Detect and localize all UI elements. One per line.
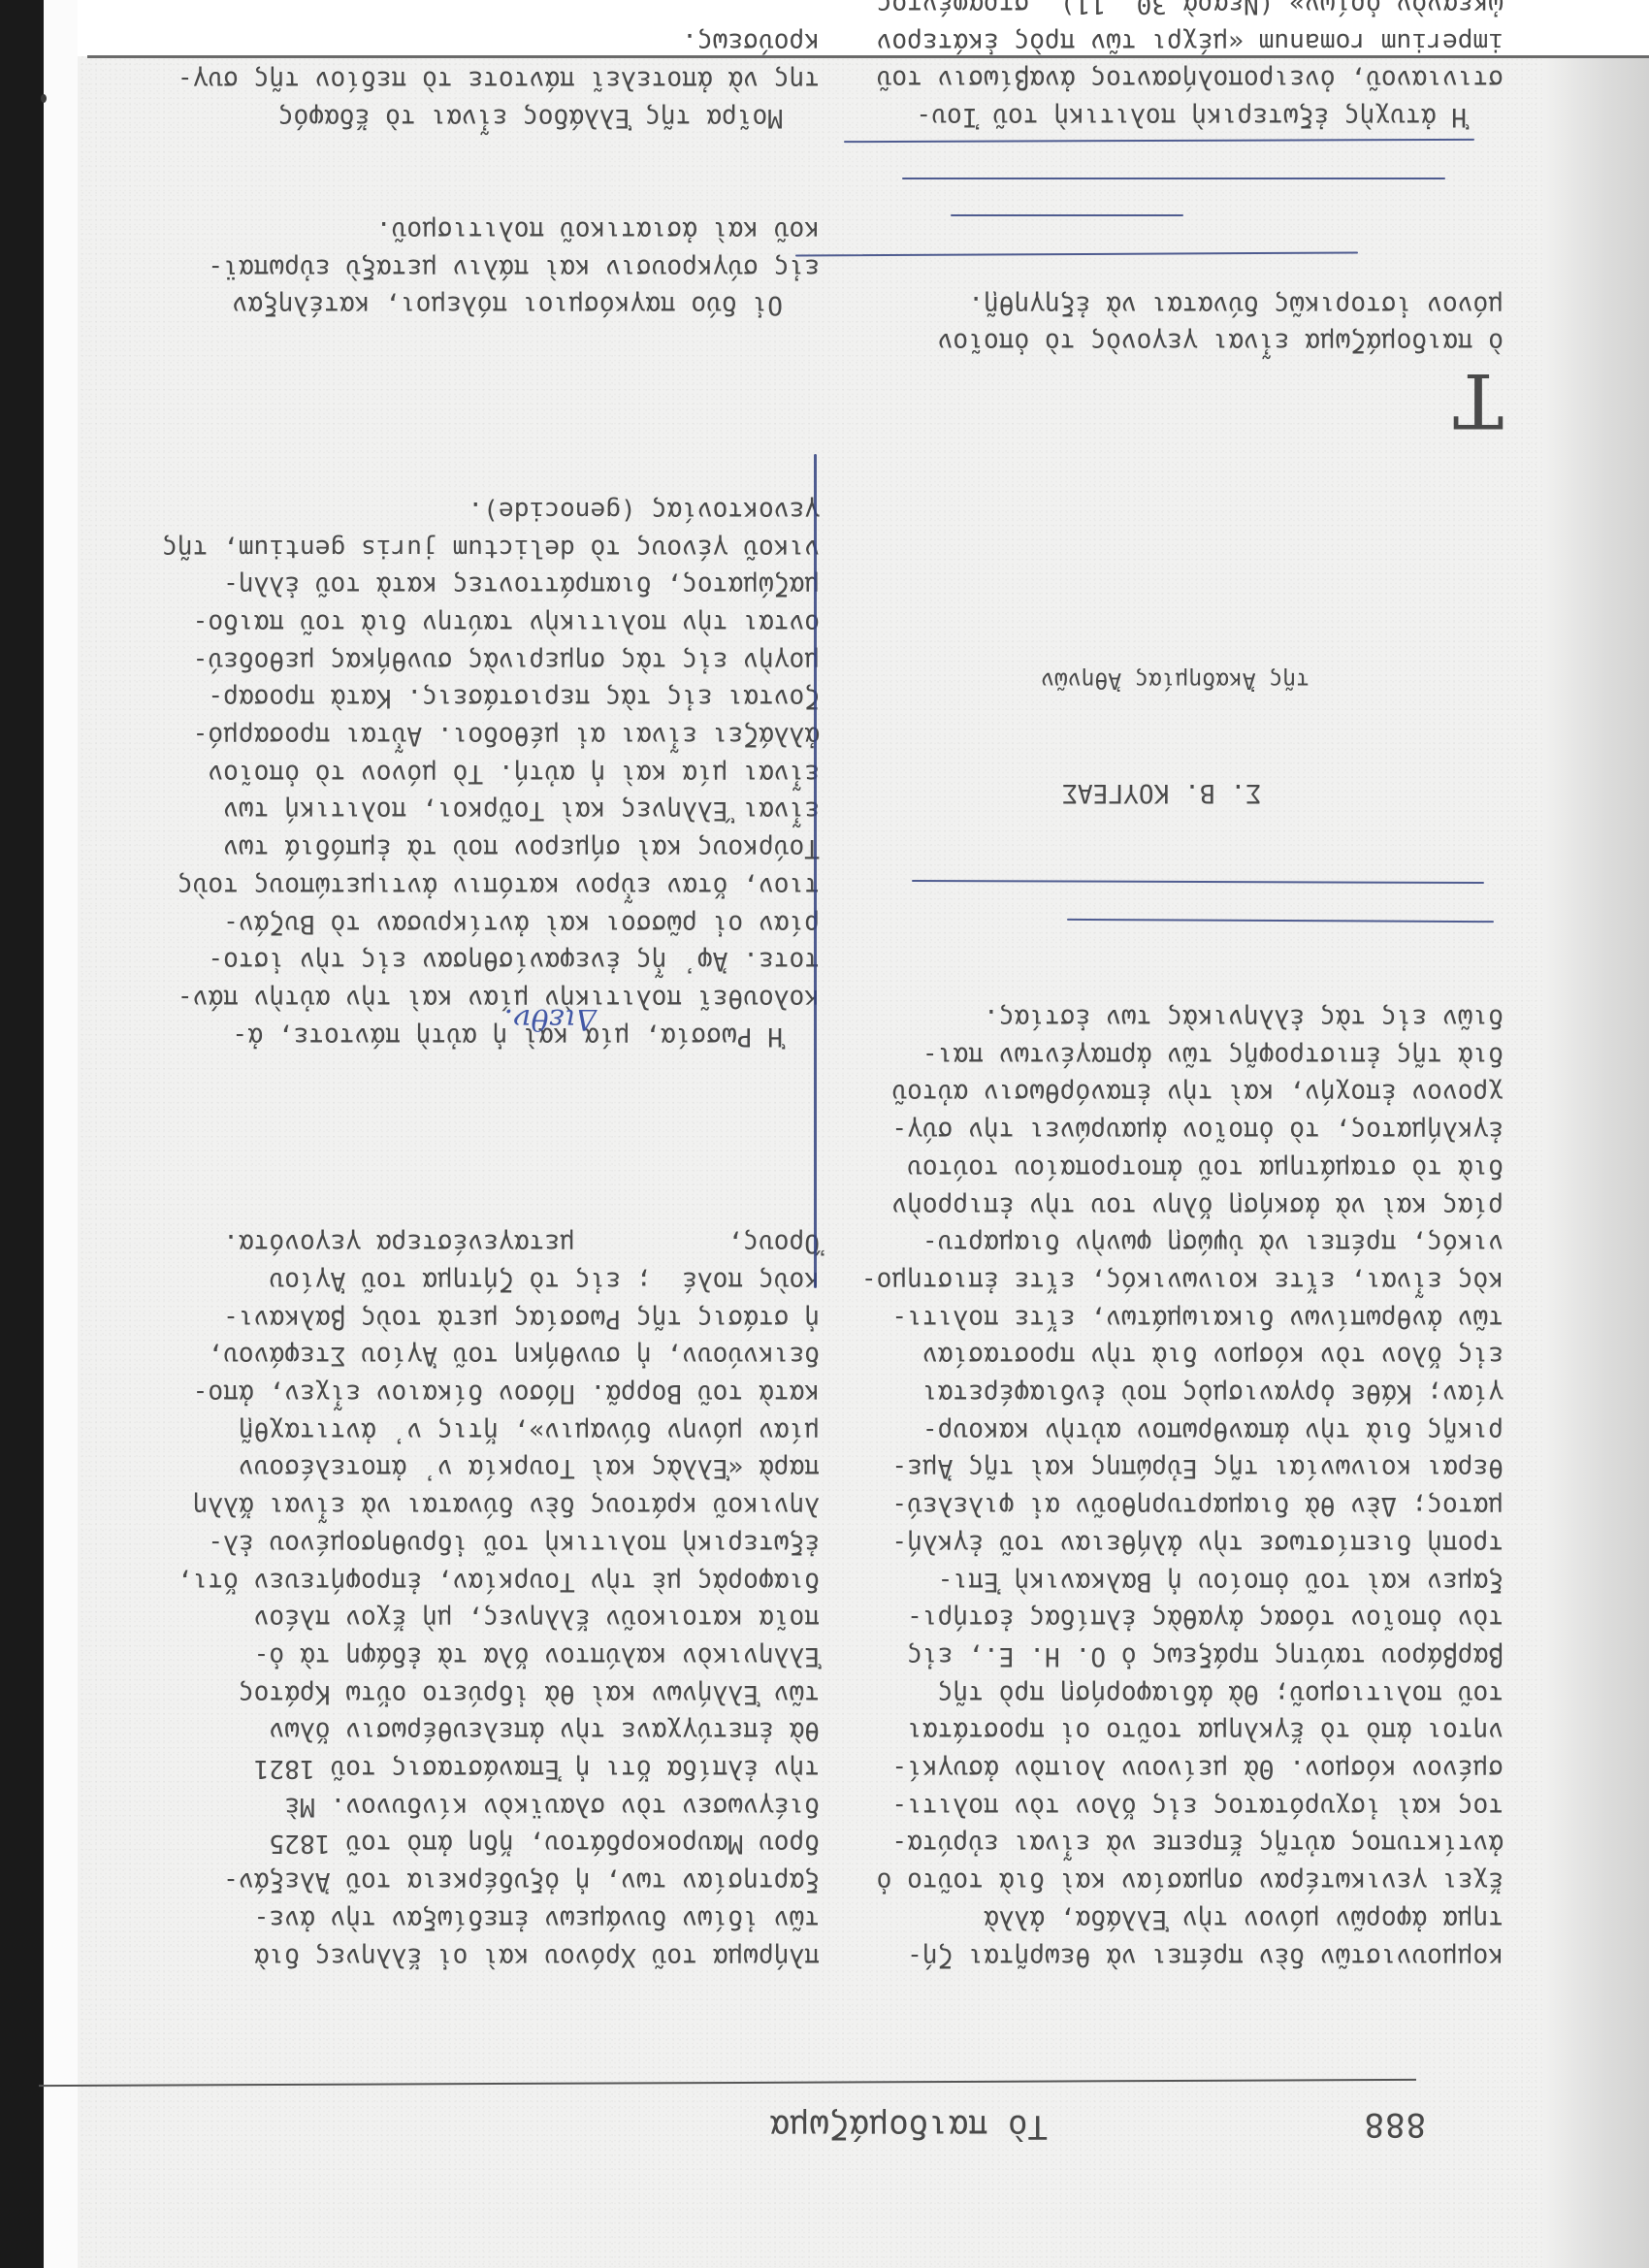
text-line: ὠκεανὸν ὁρίων» (Νεαρὰ 30, 11), στραφέντο… — [824, 0, 1503, 22]
text-line: ἐγκλήματος, τὸ ὁποῖον ἀμαυρώνει τὴν σύγ- — [824, 1111, 1503, 1149]
text-line: ρίας καὶ νὰ ἀσκήσῃ ὅλην του τὴν ἐπιρροὴν — [824, 1186, 1503, 1224]
column-right: πλήρωμα τοῦ Χρόνου καὶ οἱ ἕλληνες διὰτῶν… — [141, 0, 820, 2050]
text-line: τημα ἀφορῶν μόνον τὴν Ἑλλάδα, ἀλλὰ — [824, 1899, 1503, 1937]
text-line: ἔχει γενικωτέραν σημασίαν καὶ διὰ τοῦτο … — [824, 1862, 1503, 1899]
text-line: Ἡ Ρωσσία, μία καὶ ἡ αὐτὴ πάντοτε, ἀ- — [141, 1017, 820, 1054]
scanner-bed-edge — [0, 0, 44, 2268]
text-line: διῶν εἰς τὰς ἑλληνικὰς των ἑστίας. — [824, 998, 1503, 1036]
text-line: της νὰ ἀποτελεῖ πάντοτε τὸ πεδίον τῆς συ… — [141, 60, 820, 98]
handwritten-note: Διεθν. — [504, 1002, 597, 1036]
text-line: ξαμεν καὶ τοῦ ὁποίου ἡ Βαλκανικὴ Ἐπι- — [824, 1562, 1503, 1600]
text-line: ζονται εἰς τὰς περιστάσεις. Κατὰ προσαρ- — [141, 679, 820, 717]
text-line: ποῖα κατοικοῦν ἕλληνες, μὴ ἔχον πλέον — [141, 1600, 820, 1637]
text-line: εἰς σύγκρουσιν καὶ πάλιν μεταξὺ εὐρωπαϊ- — [141, 248, 820, 286]
text-line: γίαν; Κάθε ὀργανισμὸς ποὺ ἐνδιαφέρεται — [824, 1374, 1503, 1411]
text-line: τοῦ πολιτισμοῦ; Θὰ ἀδιαφορήσῃ πρὸ τῆς — [824, 1674, 1503, 1712]
text-line: δεικνύουν, ἡ συνθήκη τοῦ Ἁγίου Στεφάνου, — [141, 1337, 820, 1375]
text-line: ματος; Δὲν θὰ διαμαρτυρηθοῦν αἱ φιλελεύ- — [824, 1486, 1503, 1524]
text-line: τροπὴ διεπίστωσε τὴν ἀλήθειαν τοῦ ἐγκλή- — [824, 1524, 1503, 1562]
pen-underline — [902, 178, 1445, 179]
text-line: κατὰ τοῦ Βορρᾶ. Πόσον δίκαιον εἶχεν, ἀπο… — [141, 1374, 820, 1411]
text-line: σμένον κόσμον. Θὰ μείνουν λοιπὸν ἀσυγκί- — [824, 1749, 1503, 1787]
paragraph-justinian: Ἡ ἀτυχὴς ἐξωτερικὴ πολιτικὴ τοῦ Ἰου-στιν… — [824, 0, 1503, 135]
text-line: τῶν ἀνθρωπίνων δικαιωμάτων, εἴτε πολιτι- — [824, 1299, 1503, 1337]
text-line: μόνον ἱστορικῶς δύναται νὰ ἐξηγηθῇ. — [824, 285, 1503, 323]
column-left: κομμουνιστῶν δὲν πρέπει νὰ θεωρῆται ζή-τ… — [824, 0, 1503, 2050]
drop-cap: Τ — [1453, 366, 1503, 434]
text-line: νικός, πρέπει νὰ ὑψώσῃ φωνὴν διαμαρτυ- — [824, 1224, 1503, 1262]
text-line: τιον, ὅταν εὗρον κατόπιν ἀντιμετώπους το… — [141, 866, 820, 904]
text-line: γενοκτονίας (genocide). — [141, 491, 820, 529]
running-title: Τὸ παιδομάζωμα — [769, 2107, 1048, 2146]
text-line: νητοι ἀπὸ τὸ ἔγκλημα τοῦτο οἱ προστάται — [824, 1712, 1503, 1750]
text-line: εἶναι μία καὶ ἡ αὐτή. Τὸ μόνον τὸ ὁποῖον — [141, 754, 820, 792]
text-line: ὸ παιδομάζωμα εἶναι γεγονὸς τὸ ὁποῖον — [824, 323, 1503, 361]
text-line: τοτε. Ἀφ᾽ ἧς ἐνεφανίσθησαν εἰς τὴν ἱστο- — [141, 942, 820, 980]
author-name: Σ. Β. ΚΟΥΓΕΑΣ — [824, 773, 1503, 811]
text-line: ξαρτησίαν των, ἡ ὀξυδέρκεια τοῦ Ἀλεξάν- — [141, 1862, 820, 1899]
text-line: θὰ ἐπετύγχανε τὴν ἀπελευθέρωσιν ὅλων — [141, 1712, 820, 1750]
text-line: εἶναι Ἕλληνες καὶ Τοῦρκοι, πολιτική των — [141, 792, 820, 829]
text-line: Μοῖρα τῆς Ἑλλάδος εἶναι τὸ ἔδαφός — [141, 98, 820, 136]
text-line: κοὺς πολέ ; εἰς τὸ ζήτημα τοῦ Ἁγίου — [141, 1261, 820, 1299]
text-line: διὰ τῆς ἐπιστροφῆς τῶν ἁρπαγέντων παι- — [824, 1036, 1503, 1074]
text-line: εἰς ὅλον τὸν κόσμον διὰ τὴν προστασίαν — [824, 1337, 1503, 1375]
column-left-text: κομμουνιστῶν δὲν πρέπει νὰ θεωρῆται ζή-τ… — [824, 998, 1503, 1974]
text-line: ἡ στάσις τῆς Ρωσσίας μετὰ τοὺς βαλκανι- — [141, 1299, 820, 1337]
text-line: διαφορὰς μὲ τὴν Τουρκίαν, ἐπροφήτευεν ὅτ… — [141, 1562, 820, 1600]
text-line: παρὰ «Ἑλλὰς καὶ Τουρκία ν᾽ ἀποτελέσουν — [141, 1449, 820, 1487]
text-line: imperium romanum «μέχρι τῶν πρὸς ἑκάτερο… — [824, 22, 1503, 60]
text-line: στινιανοῦ, ὀνειροπολήσαντος ἀναβίωσιν το… — [824, 60, 1503, 98]
paragraph-world-wars: Οἱ δύο παγκόσμιοι πόλεμοι, κατέληξανεἰς … — [141, 211, 820, 323]
text-line: τῶν Ἑλλήνων καὶ θὰ ἱδρύετο οὕτω Κράτος — [141, 1674, 820, 1712]
text-line: βαρβάρου ταύτης πράξεως ὁ Ο. Η. Ε., εἰς — [824, 1636, 1503, 1674]
text-line: θεραι κοινωνίαι τῆς Εὐρώπης καὶ τῆς Ἀμε- — [824, 1449, 1503, 1487]
text-line: τὸν ὁποῖον τόσας ἀγαθὰς ἐλπίδας ἐστήρι- — [824, 1600, 1503, 1637]
text-line: μαζώματος, διαπράττοντες κατὰ τοῦ ἑλλη- — [141, 567, 820, 604]
text-line: μίαν μόνην δύναμιν», ἥτις ν᾽ ἀντιταχθῇ — [141, 1411, 820, 1449]
text-line: ρικῆς διὰ τὴν ἀπανθρωπον αὐτὴν κακουρ- — [824, 1411, 1503, 1449]
text-line: ονται τὴν πολιτικὴν ταύτην διὰ τοῦ παιδο… — [141, 603, 820, 641]
text-line: ἀλλάζει εἶναι αἱ μέθοδοι. Αὗται προσαρμό… — [141, 716, 820, 754]
text-line: κοῦ καὶ ἀσιατικοῦ πολιτισμοῦ. — [141, 211, 820, 248]
text-line: κολουθεῖ πολιτικὴν μίαν καὶ τὴν αὐτὴν πά… — [141, 979, 820, 1017]
text-line: Οἱ δύο παγκόσμιοι πόλεμοι, κατέληξαν — [141, 286, 820, 324]
text-line: ληνικοῦ κράτους δὲν δύναται νὰ εἶναι ἄλλ… — [141, 1486, 820, 1524]
text-line: ἐξωτερικὴ πολιτικὴ τοῦ ἱδρυθησομένου ἑλ- — [141, 1524, 820, 1562]
scanner-margin — [41, 0, 78, 2268]
text-line: κομμουνιστῶν δὲν πρέπει νὰ θεωρῆται ζή- — [824, 1937, 1503, 1975]
text-line: δρου Μαυροκορδάτου, ἤδη ἀπὸ τοῦ 1825 — [141, 1825, 820, 1863]
text-line: ἀντίκτυπος αὐτῆς ἔπρεπε νὰ εἶναι εὐρύτα- — [824, 1825, 1503, 1863]
text-line: ρίαν οἱ ρῶσσοι καὶ ἀντίκρυσαν τὸ Βυζάν- — [141, 904, 820, 942]
text-line: διὰ τὸ σταμάτημα τοῦ ἀποτροπαίου τούτου — [824, 1149, 1503, 1186]
page-number: 888 — [1364, 2105, 1426, 2144]
paragraph-mavrokordatos: πλήρωμα τοῦ Χρόνου καὶ οἱ ἕλληνες διὰτῶν… — [141, 1224, 820, 1975]
text-line: νικοῦ γένους τὸ delictum juris gentium, … — [141, 529, 820, 567]
dust-speck — [41, 94, 47, 103]
paragraph-russia: Ἡ Ρωσσία, μία καὶ ἡ αὐτὴ πάντοτε, ἀ-κολο… — [141, 491, 820, 1054]
text-line: μογὴν εἰς τὰς σημερινὰς συνθήκας μεθοδεύ… — [141, 641, 820, 679]
text-line: κρούσεως. — [141, 23, 820, 61]
pen-underline — [951, 214, 1183, 216]
text-line: τὴν ἐλπίδα ὅτι ἡ Ἐπανάστασις τοῦ 1821 — [141, 1749, 820, 1787]
text-line: Τούρκους καὶ σήμερον ποὺ τὰ ἐμπόδιά των — [141, 829, 820, 867]
text-line: πλήρωμα τοῦ Χρόνου καὶ οἱ ἕλληνες διὰ — [141, 1937, 820, 1975]
paragraph-fate-terrain: Μοῖρα τῆς Ἑλλάδος εἶναι τὸ ἔδαφόςτης νὰ … — [141, 23, 820, 136]
text-line: Ἑλληνικὸν καλύπτον ὅλα τὰ ἐδάφη τὰ ὁ- — [141, 1636, 820, 1674]
scanned-page: 888 Τὸ παιδομάζωμα κομμουνιστῶν δὲν πρέπ… — [0, 0, 1649, 2268]
author-affiliation: τῆς Ἀκαδημίας Ἀθηνῶν — [824, 661, 1503, 698]
text-line: Ὄρους, μεταγενέστερα γεγονότα. — [141, 1224, 820, 1262]
text-line: διέγνωσεν τὸν σλαυϊκὸν κίνδυνον. Μὲ — [141, 1787, 820, 1825]
text-line: Ἡ ἀτυχὴς ἐξωτερικὴ πολιτικὴ τοῦ Ἰου- — [824, 97, 1503, 135]
text-line: τῶν ἰδίων δυνάμεων ἐπεδίωξαν τὴν ἀνε- — [141, 1899, 820, 1937]
pen-margin-line — [814, 454, 817, 1288]
text-line: χρονον ἐποχήν, καὶ τὴν ἐπανόρθωσιν αὐτοῦ — [824, 1074, 1503, 1112]
text-line: κὸς εἶναι, εἴτε κοινωνικός, εἴτε ἐπιστημ… — [824, 1261, 1503, 1299]
intro-paragraph: Τ ὸ παιδομάζωμα εἶναι γεγονὸς τὸ ὁποῖονμ… — [824, 211, 1503, 473]
page-shadow-strip — [1542, 56, 1649, 2268]
text-line: τος καὶ ἰσχυρότατος εἰς ὅλον τὸν πολιτι- — [824, 1787, 1503, 1825]
